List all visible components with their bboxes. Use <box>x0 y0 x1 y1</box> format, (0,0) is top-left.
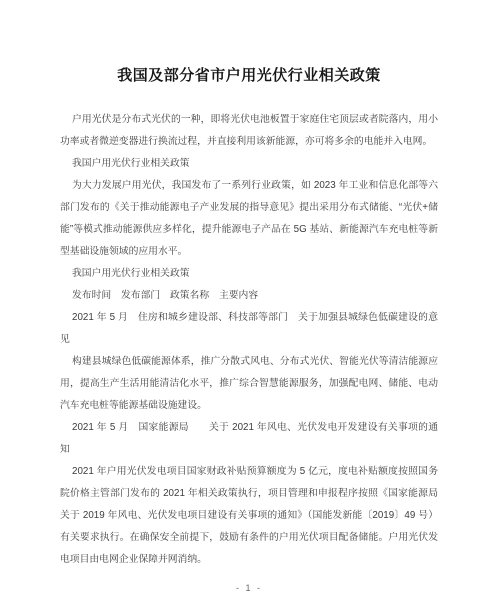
policy-row-1-content: 构建县城绿色低碳能源体系，推广分散式风电、分布式光伏、智能光伏等清洁能源应用，提… <box>60 351 438 417</box>
paragraph-policy-overview: 为大力发展户用光伏，我国发布了一系列行业政策，如 2023 年工业和信息化部等六… <box>60 175 438 263</box>
policy-table-header-row: 发布时间 发布部门 政策名称 主要内容 <box>60 285 438 307</box>
document-body: 户用光伏是分布式光伏的一种，即将光伏电池板置于家庭住宅顶层或者院落内，用小功率或… <box>60 109 438 571</box>
policy-row-2-content: 2021 年户用光伏发电项目国家财政补贴预算额度为 5 亿元，度电补贴额度按照国… <box>60 461 438 571</box>
section-heading-national-policies-repeat: 我国户用光伏行业相关政策 <box>60 263 438 285</box>
paragraph-intro: 户用光伏是分布式光伏的一种，即将光伏电池板置于家庭住宅顶层或者院落内，用小功率或… <box>60 109 438 153</box>
document-page: 我国及部分省市户用光伏行业相关政策 户用光伏是分布式光伏的一种，即将光伏电池板置… <box>0 0 500 594</box>
section-heading-national-policies: 我国户用光伏行业相关政策 <box>60 153 438 175</box>
document-title: 我国及部分省市户用光伏行业相关政策 <box>60 63 438 89</box>
policy-row-1-meta: 2021 年 5 月 住房和城乡建设部、科技部等部门 关于加强县城绿色低碳建设的… <box>60 307 438 351</box>
page-number: - 1 - <box>60 581 438 594</box>
policy-row-2-meta: 2021 年 5 月 国家能源局 关于 2021 年风电、光伏发电开发建设有关事… <box>60 417 438 461</box>
